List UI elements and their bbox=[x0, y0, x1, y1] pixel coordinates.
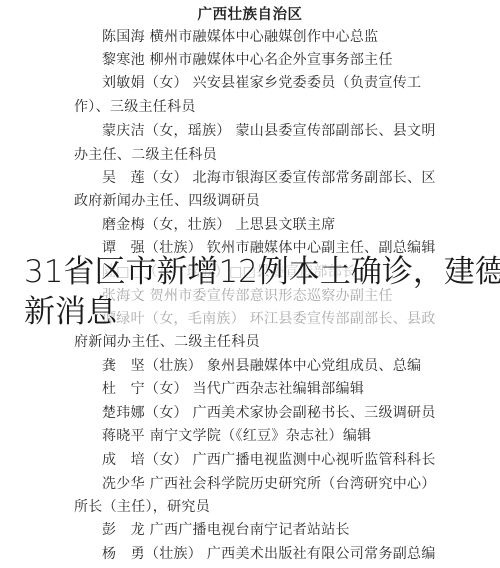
list-item-continuation: 作）、三级主任科员 bbox=[74, 96, 196, 116]
list-item: 谭绿叶（女，毛南族） 环江县委宣传部副部长、县政 bbox=[102, 308, 436, 328]
list-item: 彭 龙 广西广播电视台南宁记者站站长 bbox=[102, 519, 350, 539]
list-item: 杨 勇（壮族） 广西美术出版社有限公司常务副总编 bbox=[102, 543, 436, 563]
list-item: 蒙庆洁（女，瑶族） 蒙山县委宣传部副部长、县文明 bbox=[102, 120, 436, 140]
list-item: 吴 莲（女） 北海市银海区委宣传部常务副部长、区 bbox=[102, 167, 436, 187]
list-item: 陈国海 横州市融媒体中心融媒创作中心总监 bbox=[102, 26, 378, 46]
list-item-continuation: 府新闻办主任、二级主任科员 bbox=[74, 331, 260, 351]
list-item: 蒋晓平 南宁文学院（《红豆》杂志社）编辑 bbox=[102, 425, 371, 445]
headline-overlay-line2: 新消息 bbox=[24, 286, 117, 331]
list-item: 冼少华 广西社会科学院历史研究所（台湾研究中心） bbox=[102, 473, 436, 493]
list-item: 楚玮娜（女） 广西美术家协会副秘书长、三级调研员 bbox=[102, 402, 436, 422]
document-page: 广西壮族自治区 陈国海 横州市融媒体中心融媒创作中心总监 黎寒池 柳州市融媒体中… bbox=[0, 0, 500, 568]
list-item-continuation: 所长（主任），研究员 bbox=[74, 496, 210, 516]
list-item-continuation: 政府新闻办主任、四级调研员 bbox=[74, 190, 260, 210]
list-item: 成 培（女） 广西广播电视监测中心视听监管科科长 bbox=[102, 449, 436, 469]
list-item: 龚 坚（壮族） 象州县融媒体中心党组成员、总编 bbox=[102, 355, 421, 375]
section-title: 广西壮族自治区 bbox=[0, 3, 500, 24]
list-item: 杜 宁（女） 当代广西杂志社编辑部编辑 bbox=[102, 378, 364, 398]
headline-overlay-line1: 31省区市新增12例本土确诊，建德疫情最 bbox=[24, 246, 500, 291]
list-item: 黎寒池 柳州市融媒体中心名企外宣事务部主任 bbox=[102, 49, 393, 69]
list-item: 刘敏娟（女） 兴安县崔家乡党委委员（负责宣传工 bbox=[102, 72, 421, 92]
list-item: 磨金梅（女，壮族） 上思县文联主席 bbox=[102, 214, 336, 234]
list-item-continuation: 办主任、二级主任科员 bbox=[74, 144, 217, 164]
